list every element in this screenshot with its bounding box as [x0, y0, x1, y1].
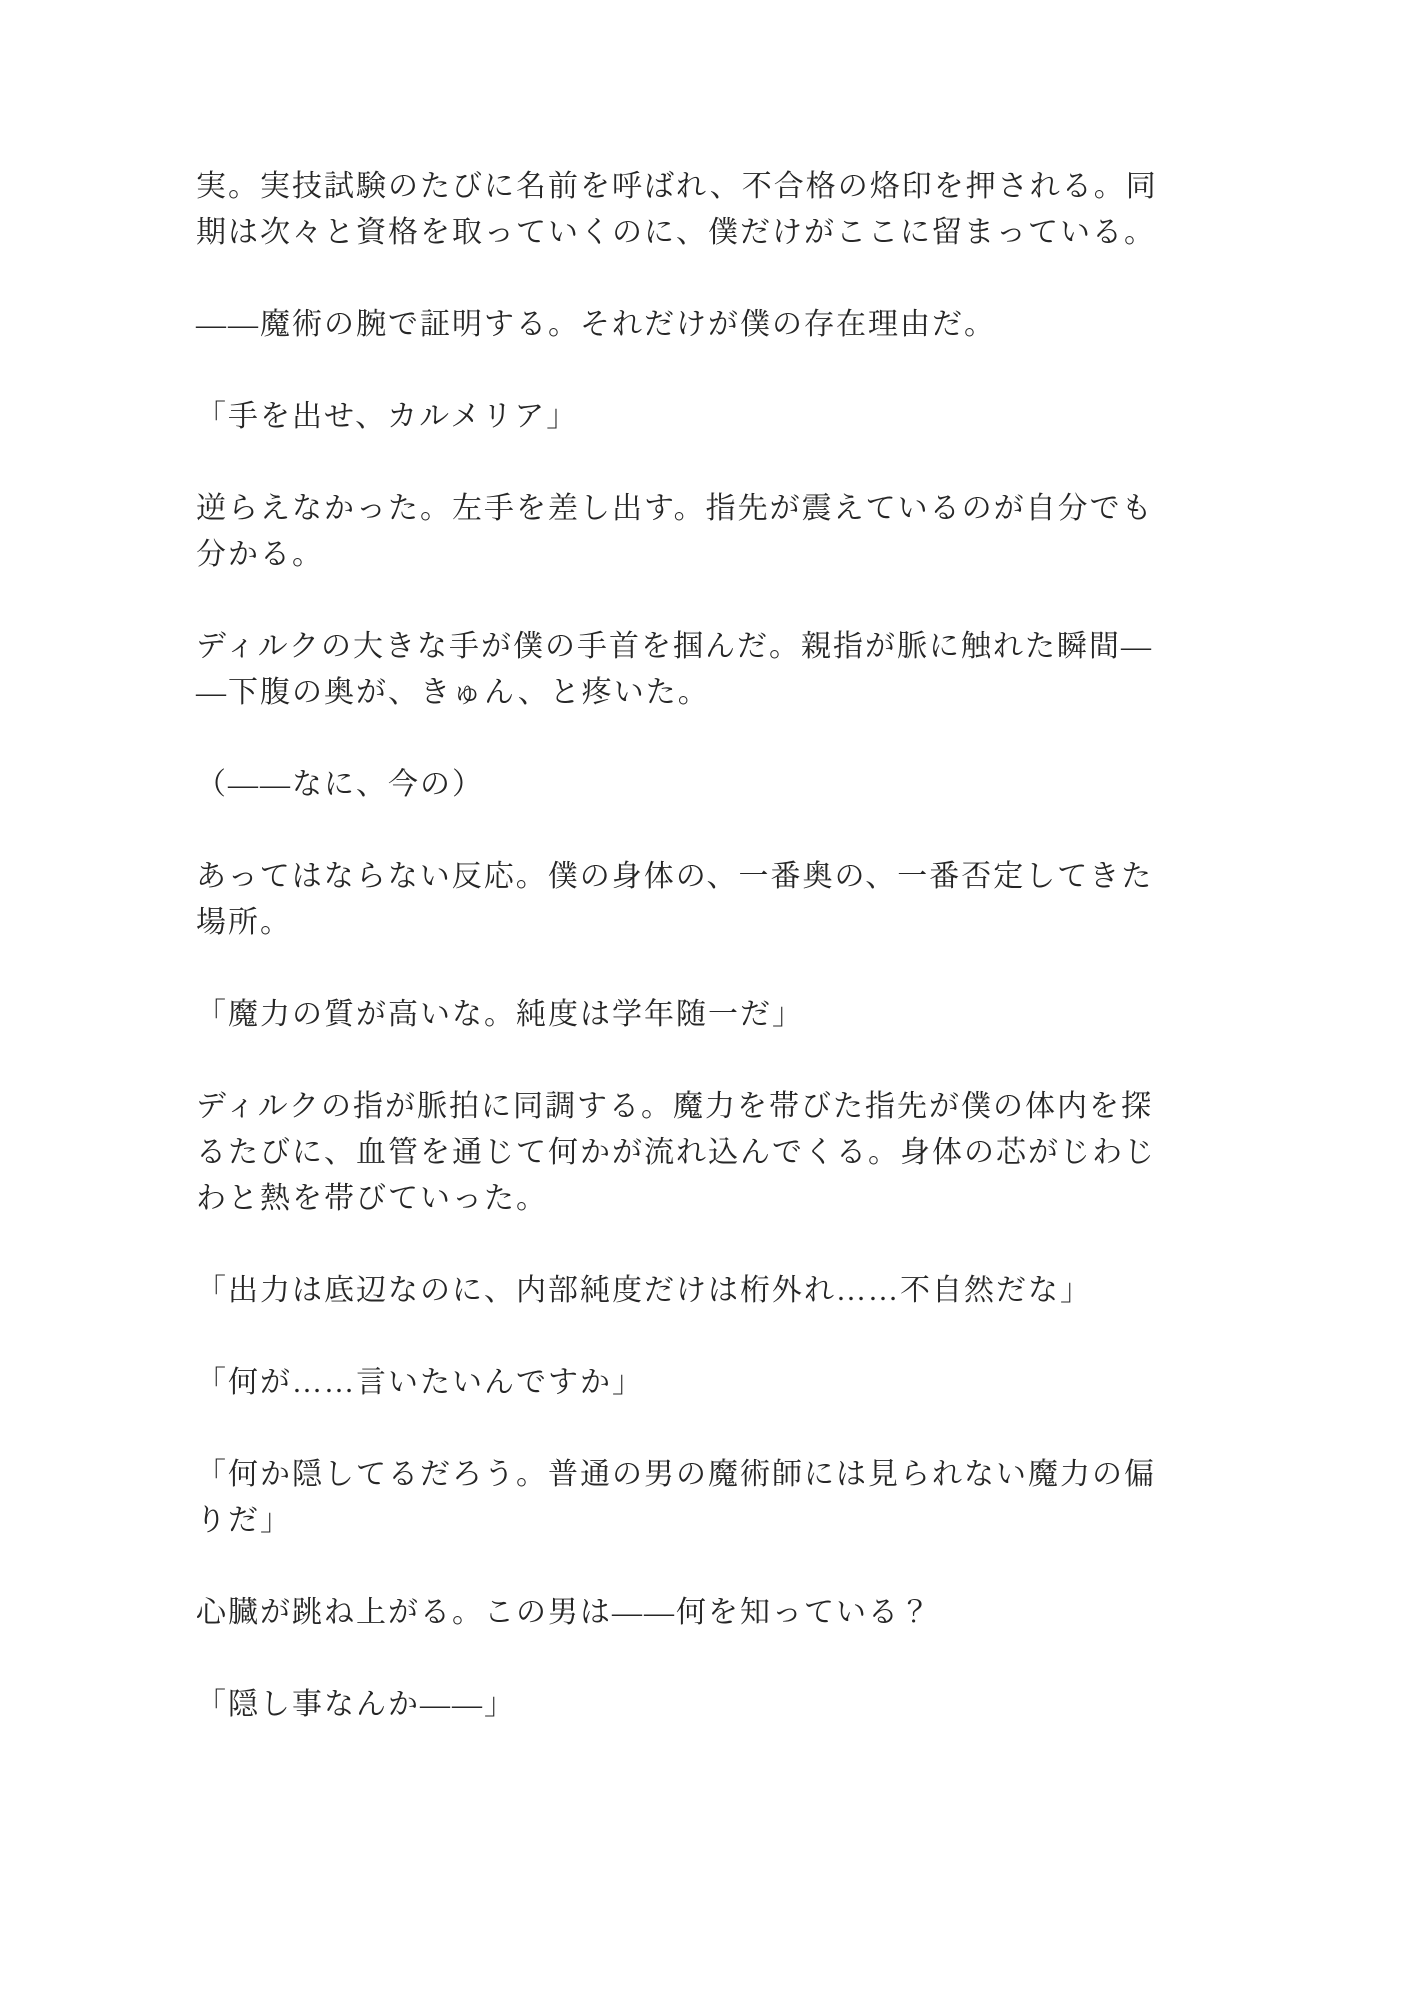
text-line: ディルクの大きな手が僕の手首を掴んだ。親指が脈に触れた瞬間—: [196, 624, 1176, 670]
text-line: 「魔力の質が高いな。純度は学年随一だ」: [196, 992, 1176, 1038]
text-line: 逆らえなかった。左手を差し出す。指先が震えているのが自分でも: [196, 486, 1176, 532]
paragraph: 「出力は底辺なのに、内部純度だけは桁外れ……不自然だな」: [196, 1268, 1176, 1314]
paragraph: （——なに、今の）: [196, 762, 1176, 808]
text-line: ディルクの指が脈拍に同調する。魔力を帯びた指先が僕の体内を探: [196, 1084, 1176, 1130]
paragraph: ディルクの大きな手が僕の手首を掴んだ。親指が脈に触れた瞬間——下腹の奥が、きゅん…: [196, 624, 1176, 716]
novel-text-body: 実。実技試験のたびに名前を呼ばれ、不合格の烙印を押される。同期は次々と資格を取っ…: [196, 164, 1176, 1728]
text-line: 「手を出せ、カルメリア」: [196, 394, 1176, 440]
text-line: 「隠し事なんか——」: [196, 1682, 1176, 1728]
paragraph: あってはならない反応。僕の身体の、一番奥の、一番否定してきた場所。: [196, 854, 1176, 946]
paragraph: 「何か隠してるだろう。普通の男の魔術師には見られない魔力の偏りだ」: [196, 1452, 1176, 1544]
paragraph: 心臓が跳ね上がる。この男は——何を知っている？: [196, 1590, 1176, 1636]
text-line: 「出力は底辺なのに、内部純度だけは桁外れ……不自然だな」: [196, 1268, 1176, 1314]
paragraph: 「隠し事なんか——」: [196, 1682, 1176, 1728]
paragraph: ——魔術の腕で証明する。それだけが僕の存在理由だ。: [196, 302, 1176, 348]
text-line: 「何か隠してるだろう。普通の男の魔術師には見られない魔力の偏: [196, 1452, 1176, 1498]
text-line: 場所。: [196, 900, 1176, 946]
text-line: 分かる。: [196, 532, 1176, 578]
paragraph: ディルクの指が脈拍に同調する。魔力を帯びた指先が僕の体内を探るたびに、血管を通じ…: [196, 1084, 1176, 1222]
text-line: るたびに、血管を通じて何かが流れ込んでくる。身体の芯がじわじ: [196, 1130, 1176, 1176]
paragraph: 「魔力の質が高いな。純度は学年随一だ」: [196, 992, 1176, 1038]
text-line: 心臓が跳ね上がる。この男は——何を知っている？: [196, 1590, 1176, 1636]
text-line: 期は次々と資格を取っていくのに、僕だけがここに留まっている。: [196, 210, 1176, 256]
document-page: 実。実技試験のたびに名前を呼ばれ、不合格の烙印を押される。同期は次々と資格を取っ…: [0, 0, 1415, 2000]
document-background: { "page": { "background_color": "#ffffff…: [0, 0, 1415, 2000]
text-line: ——魔術の腕で証明する。それだけが僕の存在理由だ。: [196, 302, 1176, 348]
paragraph: 「手を出せ、カルメリア」: [196, 394, 1176, 440]
text-line: 「何が……言いたいんですか」: [196, 1360, 1176, 1406]
paragraph: 実。実技試験のたびに名前を呼ばれ、不合格の烙印を押される。同期は次々と資格を取っ…: [196, 164, 1176, 256]
text-line: 実。実技試験のたびに名前を呼ばれ、不合格の烙印を押される。同: [196, 164, 1176, 210]
text-line: あってはならない反応。僕の身体の、一番奥の、一番否定してきた: [196, 854, 1176, 900]
text-line: （——なに、今の）: [196, 762, 1176, 808]
text-line: りだ」: [196, 1498, 1176, 1544]
text-line: わと熱を帯びていった。: [196, 1176, 1176, 1222]
text-line: —下腹の奥が、きゅん、と疼いた。: [196, 670, 1176, 716]
paragraph: 「何が……言いたいんですか」: [196, 1360, 1176, 1406]
paragraph: 逆らえなかった。左手を差し出す。指先が震えているのが自分でも分かる。: [196, 486, 1176, 578]
